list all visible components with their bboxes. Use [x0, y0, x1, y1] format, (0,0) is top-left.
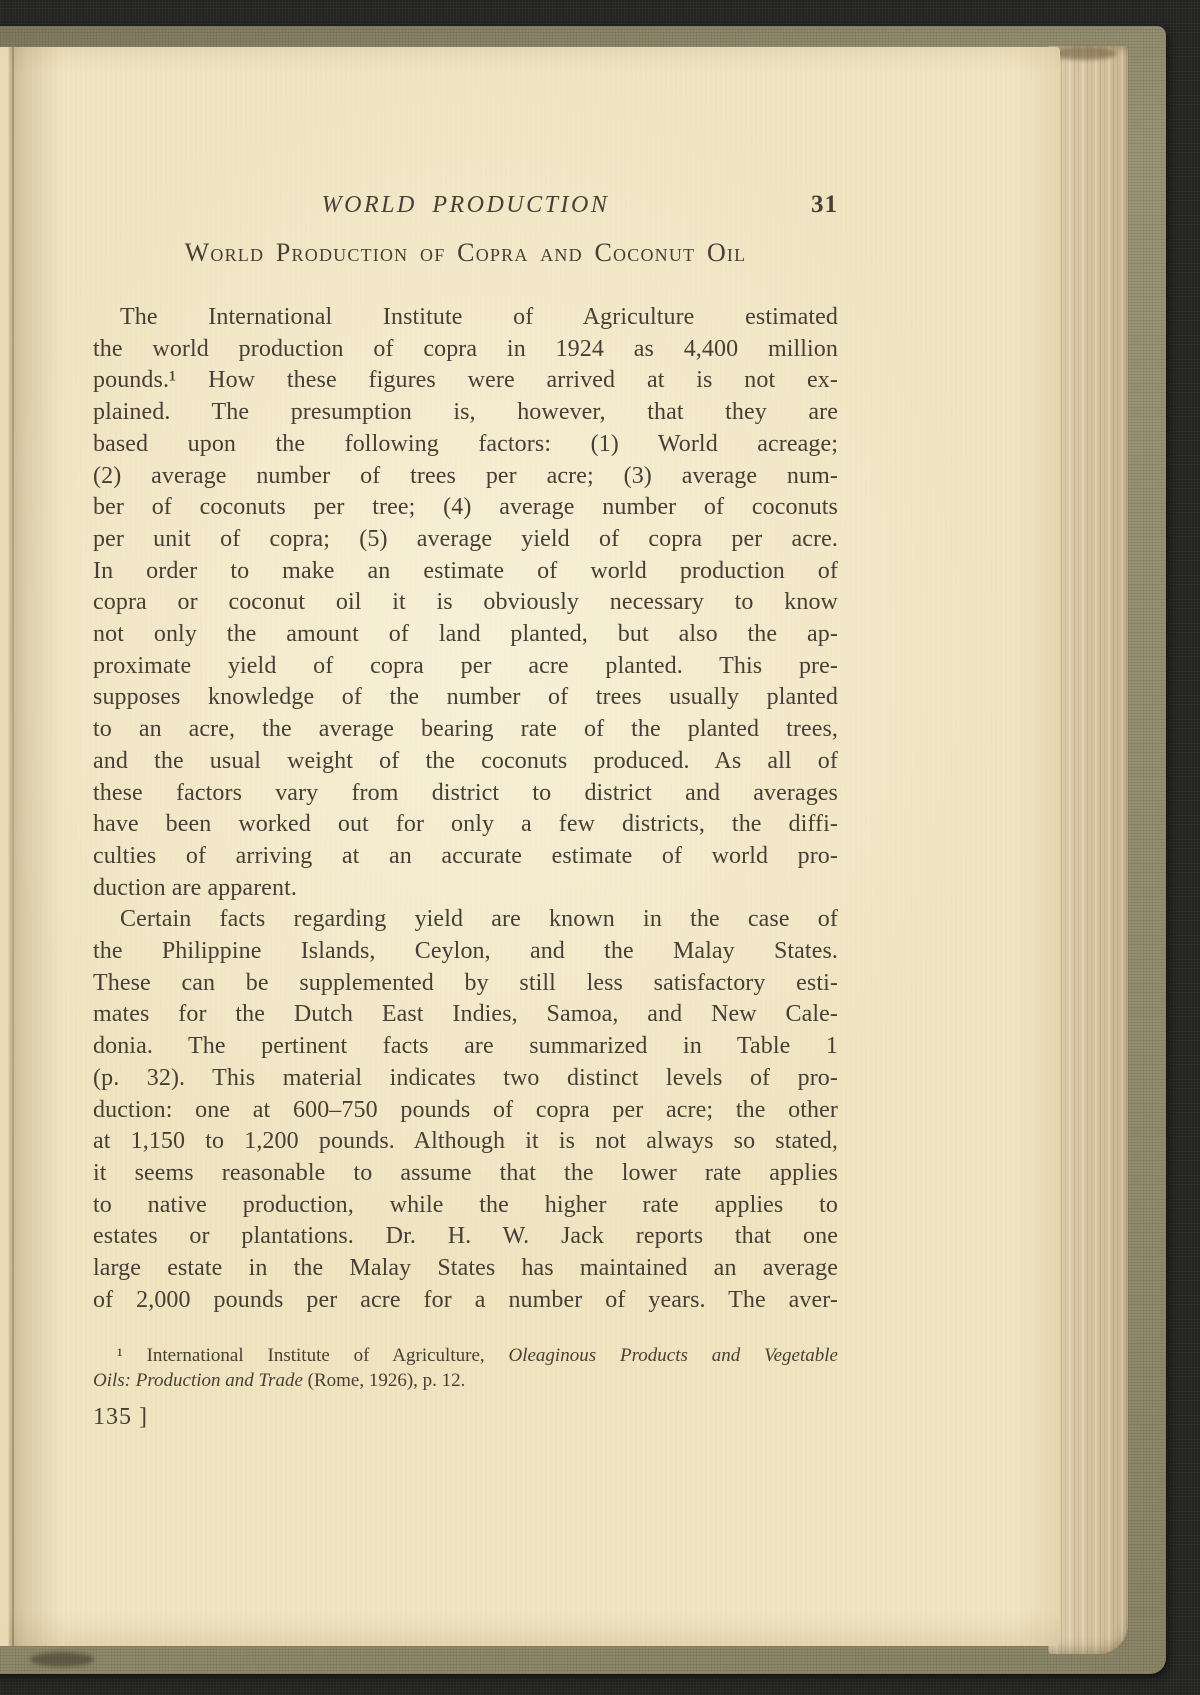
page-edges — [1048, 46, 1128, 1654]
text-line: per unit of copra; (5) average yield of … — [93, 524, 838, 556]
text-line: These can be supplemented by still less … — [93, 968, 838, 1000]
page-edge-smudge — [1052, 47, 1116, 60]
text-line: of 2,000 pounds per acre for a number of… — [93, 1285, 838, 1317]
cover-wear-mark — [30, 1652, 94, 1667]
body-text: The International Institute of Agricultu… — [93, 302, 838, 1317]
text-line: mates for the Dutch East Indies, Samoa, … — [93, 999, 838, 1031]
text-line: duction: one at 600–750 pounds of copra … — [93, 1095, 838, 1127]
section-heading: World Production of Copra and Coconut Oi… — [93, 238, 838, 268]
footnote-title-italic: Oils: Production and Trade — [93, 1370, 303, 1391]
text-line: these factors vary from district to dist… — [93, 778, 838, 810]
paragraph: The International Institute of Agricultu… — [93, 302, 838, 904]
folio-number: 135 ] — [93, 1404, 148, 1431]
footnote-line: Oils: Production and Trade (Rome, 1926),… — [93, 1369, 838, 1394]
footnote-text: ¹ International Institute of Agriculture… — [117, 1345, 509, 1366]
text-line: the world production of copra in 1924 as… — [93, 334, 838, 366]
text-line: copra or coconut oil it is obviously nec… — [93, 587, 838, 619]
text-line: plained. The presumption is, however, th… — [93, 397, 838, 429]
text-line: pounds.¹ How these figures were arrived … — [93, 365, 838, 397]
text-line: The International Institute of Agricultu… — [93, 302, 838, 334]
text-line: duction are apparent. — [93, 873, 838, 905]
text-line: to an acre, the average bearing rate of … — [93, 714, 838, 746]
page-number: 31 — [811, 191, 838, 219]
text-line: (2) average number of trees per acre; (3… — [93, 461, 838, 493]
text-line: have been worked out for only a few dist… — [93, 809, 838, 841]
text-line: at 1,150 to 1,200 pounds. Although it is… — [93, 1126, 838, 1158]
footnote-text: (Rome, 1926), p. 12. — [303, 1370, 466, 1391]
text-line: based upon the following factors: (1) Wo… — [93, 429, 838, 461]
footnote-title-italic: Oleaginous Products and Vegetable — [509, 1345, 838, 1366]
text-line: it seems reasonable to assume that the l… — [93, 1158, 838, 1190]
text-line: estates or plantations. Dr. H. W. Jack r… — [93, 1221, 838, 1253]
text-line: donia. The pertinent facts are summarize… — [93, 1031, 838, 1063]
text-line: ber of coconuts per tree; (4) average nu… — [93, 492, 838, 524]
page-header: WORLD PRODUCTION 31 — [93, 192, 838, 222]
footnote-line: ¹ International Institute of Agriculture… — [93, 1344, 838, 1369]
running-head: WORLD PRODUCTION — [93, 192, 838, 219]
text-line: Certain facts regarding yield are known … — [93, 904, 838, 936]
text-line: (p. 32). This material indicates two dis… — [93, 1063, 838, 1095]
text-line: supposes knowledge of the number of tree… — [93, 682, 838, 714]
text-line: and the usual weight of the coconuts pro… — [93, 746, 838, 778]
text-line: not only the amount of land planted, but… — [93, 619, 838, 651]
text-line: large estate in the Malay States has mai… — [93, 1253, 838, 1285]
footnote: ¹ International Institute of Agriculture… — [93, 1344, 838, 1393]
paragraph: Certain facts regarding yield are known … — [93, 904, 838, 1316]
book-photo: WORLD PRODUCTION 31 World Production of … — [0, 0, 1200, 1695]
text-line: the Philippine Islands, Ceylon, and the … — [93, 936, 838, 968]
page-fold-crease — [12, 47, 14, 1646]
text-line: culties of arriving at an accurate estim… — [93, 841, 838, 873]
text-line: to native production, while the higher r… — [93, 1190, 838, 1222]
text-line: In order to make an estimate of world pr… — [93, 556, 838, 588]
page-gutter-shadow — [0, 47, 72, 1646]
text-line: proximate yield of copra per acre plante… — [93, 651, 838, 683]
